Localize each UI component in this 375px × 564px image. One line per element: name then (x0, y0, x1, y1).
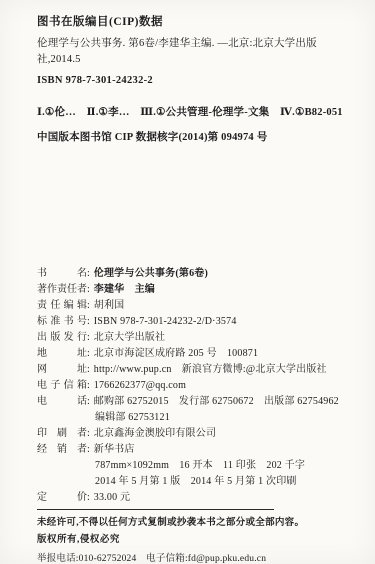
label-colon: : (87, 394, 90, 410)
row-value: 33.00 元 (94, 490, 130, 506)
colophon-row-address: 地址: 北京市海淀区成府路 205 号 100871 (37, 346, 347, 362)
colophon: 书名: 伦理学与公共事务(第6卷) 著作责任者: 李建华 主编 责任编辑: 胡利… (37, 266, 347, 506)
label-colon: : (87, 426, 90, 442)
label-colon: : (87, 362, 90, 378)
row-label: 电话 (37, 394, 87, 410)
label-colon: : (87, 330, 90, 346)
cip-block: 图书在版编目(CIP)数据 伦理学与公共事务. 第6卷/李建华主编. —北京:北… (37, 14, 347, 146)
cip-title-line: 伦理学与公共事务. 第6卷/李建华主编. —北京:北京大学出版社,2014.5 (37, 36, 347, 68)
cip-isbn-line: ISBN 978-7-301-24232-2 (37, 73, 347, 89)
row-label: 标准书号 (37, 314, 87, 330)
colophon-row-edition-spec: 2014 年 5 月第 1 版 2014 年 5 月第 1 次印刷 (95, 474, 347, 490)
colophon-row-telephone: 电话: 邮购部 62752015 发行部 62750672 出版部 627549… (37, 394, 347, 410)
cip-classification-line: Ⅰ.①伦… Ⅱ.①李… Ⅲ.①公共管理-伦理学-文集 Ⅳ.①B82-051 (37, 105, 347, 121)
row-value: 胡利国 (94, 298, 125, 314)
colophon-row-distributor: 经销者: 新华书店 (37, 442, 347, 458)
label-colon: : (87, 282, 90, 298)
book-copyright-page: 图书在版编目(CIP)数据 伦理学与公共事务. 第6卷/李建华主编. —北京:北… (0, 0, 375, 564)
row-value: 北京鑫海金澳胶印有限公司 (94, 426, 216, 442)
label-colon: : (87, 298, 90, 314)
row-label: 网址 (37, 362, 87, 378)
cip-record-number-line: 中国版本图书馆 CIP 数据核字(2014)第 094974 号 (37, 130, 347, 146)
row-value: 北京大学出版社 (94, 330, 165, 346)
row-label: 出版发行 (37, 330, 87, 346)
row-label: 印刷者 (37, 426, 87, 442)
label-colon: : (87, 442, 90, 458)
row-value: 邮购部 62752015 发行部 62750672 出版部 62754962 (94, 394, 339, 410)
row-value: 伦理学与公共事务(第6卷) (94, 266, 208, 282)
colophon-row-format-spec: 787mm×1092mm 16 开本 11 印张 202 千字 (95, 458, 347, 474)
label-colon: : (87, 314, 90, 330)
colophon-row-publisher: 出版发行: 北京大学出版社 (37, 330, 347, 346)
colophon-row-book-title: 书名: 伦理学与公共事务(第6卷) (37, 266, 347, 282)
colophon-row-editor: 责任编辑: 胡利国 (37, 298, 347, 314)
row-value: ISBN 978-7-301-24232-2/D·3574 (94, 314, 237, 330)
label-colon: : (87, 346, 90, 362)
colophon-row-website: 网址: http://www.pup.cn 新浪官方微博:@北京大学出版社 (37, 362, 347, 378)
row-label: 著作责任者 (37, 282, 87, 298)
row-value: http://www.pup.cn 新浪官方微博:@北京大学出版社 (94, 362, 327, 378)
label-colon: : (87, 378, 90, 394)
copyright-statement: 版权所有,侵权必究 (37, 533, 347, 548)
colophon-row-isbn: 标准书号: ISBN 978-7-301-24232-2/D·3574 (37, 314, 347, 330)
row-value: 1766262377@qq.com (94, 378, 186, 394)
row-label: 责任编辑 (37, 298, 87, 314)
colophon-row-email: 电子信箱: 1766262377@qq.com (37, 378, 347, 394)
row-label: 经销者 (37, 442, 87, 458)
row-value: 北京市海淀区成府路 205 号 100871 (94, 346, 258, 362)
colophon-row-printer: 印刷者: 北京鑫海金澳胶印有限公司 (37, 426, 347, 442)
no-copy-notice: 未经许可,不得以任何方式复制或抄袭本书之部分或全部内容。 (37, 515, 347, 531)
row-label: 地址 (37, 346, 87, 362)
label-colon: : (87, 266, 90, 282)
report-contact-line: 举报电话:010-62752024 电子信箱:fd@pup.pku.edu.cn (37, 552, 347, 564)
row-value: 李建华 主编 (94, 282, 155, 298)
colophon-row-telephone-cont: 编辑部 62753121 (95, 410, 347, 426)
row-label: 电子信箱 (37, 378, 87, 394)
cip-header: 图书在版编目(CIP)数据 (37, 14, 347, 30)
row-value: 新华书店 (94, 442, 135, 458)
row-label: 书名 (37, 266, 87, 282)
row-label: 定价 (37, 490, 87, 506)
colophon-row-author: 著作责任者: 李建华 主编 (37, 282, 347, 298)
divider-rule (37, 509, 274, 510)
label-colon: : (87, 490, 90, 506)
colophon-row-price: 定价: 33.00 元 (37, 490, 347, 506)
